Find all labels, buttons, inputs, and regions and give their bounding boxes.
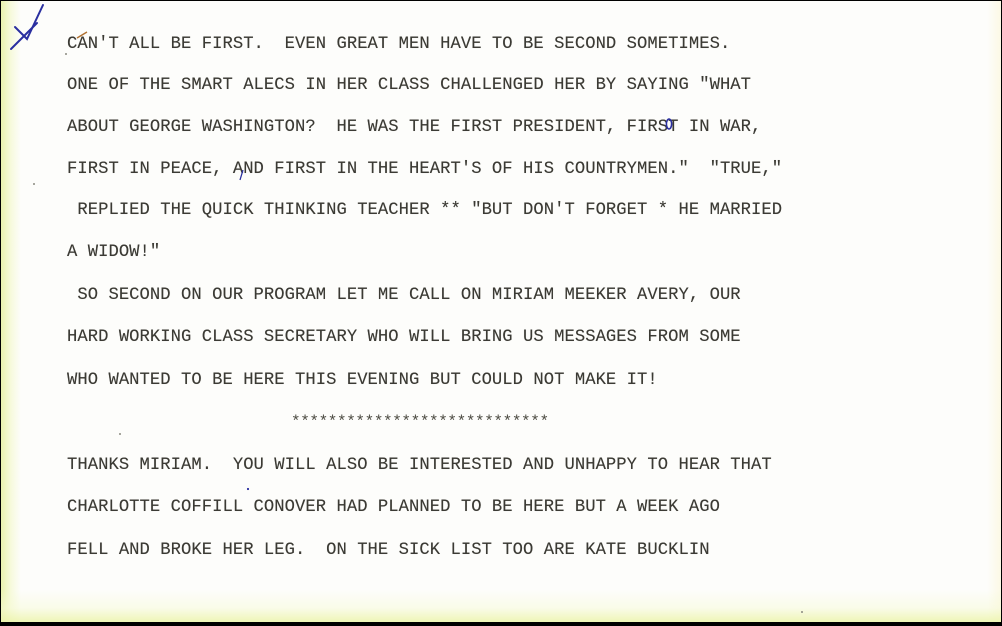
text-line: A WIDOW!" xyxy=(67,243,160,263)
handwritten-v-mark-icon xyxy=(7,1,47,53)
text-line: WHO WANTED TO BE HERE THIS EVENING BUT C… xyxy=(67,371,658,391)
text-line: REPLIED THE QUICK THINKING TEACHER ** "B… xyxy=(67,201,782,221)
pen-accent-mark-icon xyxy=(75,31,89,39)
text-line: FIRST IN PEACE, AND FIRST IN THE HEART'S… xyxy=(67,160,782,180)
pen-dot-icon xyxy=(246,485,250,493)
text-line: HARD WORKING CLASS SECRETARY WHO WILL BR… xyxy=(67,328,741,348)
paper-speck xyxy=(119,433,121,435)
text-line: ABOUT GEORGE WASHINGTON? HE WAS THE FIRS… xyxy=(67,118,761,138)
paper-speck xyxy=(65,53,67,55)
text-line: CHARLOTTE COFFILL CONOVER HAD PLANNED TO… xyxy=(67,498,720,518)
paper-speck xyxy=(801,611,803,613)
paper-speck xyxy=(33,183,35,185)
text-line: ONE OF THE SMART ALECS IN HER CLASS CHAL… xyxy=(67,76,751,96)
text-line: THANKS MIRIAM. YOU WILL ALSO BE INTEREST… xyxy=(67,456,772,476)
scanned-page: CAN'T ALL BE FIRST. EVEN GREAT MEN HAVE … xyxy=(1,1,1001,622)
text-line: CAN'T ALL BE FIRST. EVEN GREAT MEN HAVE … xyxy=(67,35,730,55)
text-line: SO SECOND ON OUR PROGRAM LET ME CALL ON … xyxy=(67,286,741,306)
pen-correction-d-icon xyxy=(665,117,673,131)
separator-asterisks: **************************** xyxy=(291,412,549,432)
pen-comma-icon xyxy=(239,169,245,181)
text-line: FELL AND BROKE HER LEG. ON THE SICK LIST… xyxy=(67,541,710,561)
